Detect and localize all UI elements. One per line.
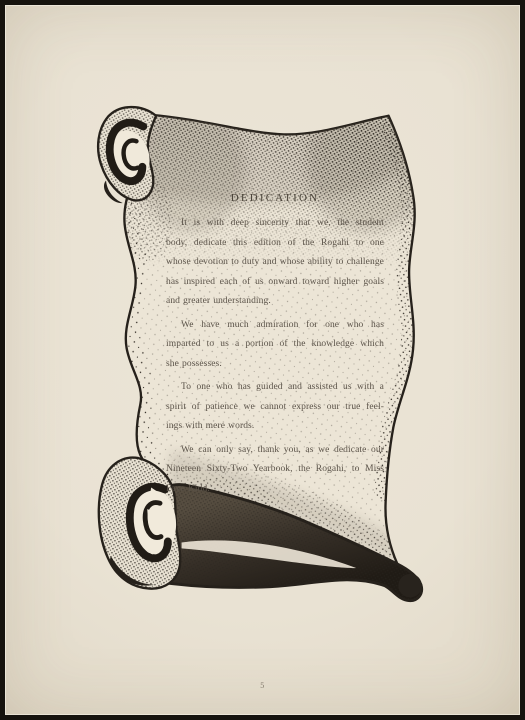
- dedication-line-2: body, dedicate this edition of the Rogah…: [166, 234, 384, 254]
- dedication-line-3: whose devotion to duty and whose ability…: [166, 253, 384, 273]
- top-left-curl: [98, 107, 156, 203]
- dedication-line-8: she possesses.: [166, 355, 384, 375]
- dedication-line-10: spirit of patience we cannot express our…: [166, 398, 384, 418]
- yearbook-page: DEDICATION It is with deep sincerity tha…: [0, 0, 525, 720]
- dedication-line-6: We have much admiration for one who has: [166, 316, 384, 336]
- dedication-line-12: We can only say, thank you, as we dedica…: [166, 441, 384, 461]
- dedication-heading: DEDICATION: [166, 191, 384, 205]
- dedication-line-11: ings with mere words.: [166, 417, 384, 437]
- dedication-line-13: Nineteen Sixty-Two Yearbook, the Rogahi,…: [166, 460, 384, 480]
- dedication-line-14: Faye Kidd.: [166, 480, 384, 500]
- dedication-line-4: has inspired each of us onward toward hi…: [166, 273, 384, 293]
- page-number: 5: [5, 681, 520, 690]
- dedication-line-9: To one who has guided and assisted us wi…: [166, 378, 384, 398]
- dedication-text-block: DEDICATION It is with deep sincerity tha…: [166, 191, 384, 499]
- scroll-tip: [398, 574, 422, 598]
- dedication-line-5: and greater understanding.: [166, 292, 384, 312]
- dedication-line-7: imparted to us a portion of the knowledg…: [166, 335, 384, 355]
- dedication-line-1: It is with deep sincerity that we, the s…: [166, 214, 384, 234]
